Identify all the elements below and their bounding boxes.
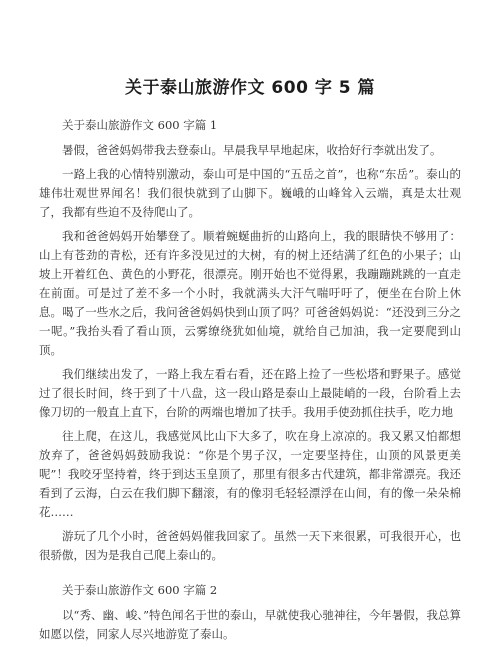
document-title: 关于泰山旅游作文 600 字 5 篇: [0, 76, 500, 100]
section-1-heading: 关于泰山旅游作文 600 字篇 1: [39, 116, 461, 135]
document-page: 关于泰山旅游作文 600 字 5 篇 关于泰山旅游作文 600 字篇 1 暑假，…: [0, 0, 500, 647]
section-1-paragraph-2: 一路上我的心情特别激动，泰山可是中国的“五岳之首”，也称“东岳”。泰山的雄伟壮观…: [39, 165, 461, 222]
document-content: 关于泰山旅游作文 600 字篇 1 暑假，爸爸妈妈带我去登泰山。早晨我早早地起床…: [39, 116, 461, 644]
section-1-paragraph-4: 我们继续出发了，一路上我左看右看，还在路上捡了一些松塔和野果子。感觉过了很长时间…: [39, 365, 461, 422]
section-1-paragraph-5: 往上爬，在这儿，我感觉风比山下大多了，吹在身上凉凉的。我又累又怕都想放弃了，爸爸…: [39, 427, 461, 522]
section-2-heading: 关于泰山旅游作文 600 字篇 2: [39, 581, 461, 600]
section-1-paragraph-3: 我和爸爸妈妈开始攀登了。顺着蜿蜒曲折的山路向上，我的眼睛快不够用了：山上有苍劲的…: [39, 227, 461, 360]
section-1-paragraph-6: 游玩了几个小时，爸爸妈妈催我回家了。虽然一天下来很累，可我很开心，也很骄傲，因为…: [39, 527, 461, 565]
section-1-paragraph-1: 暑假，爸爸妈妈带我去登泰山。早晨我早早地起床，收拾好行李就出发了。: [39, 141, 461, 160]
section-2-paragraph-1: 以“秀、幽、峻、”特色闻名于世的泰山，早就使我心驰神往，今年暑假，我总算如愿以偿…: [39, 606, 461, 644]
